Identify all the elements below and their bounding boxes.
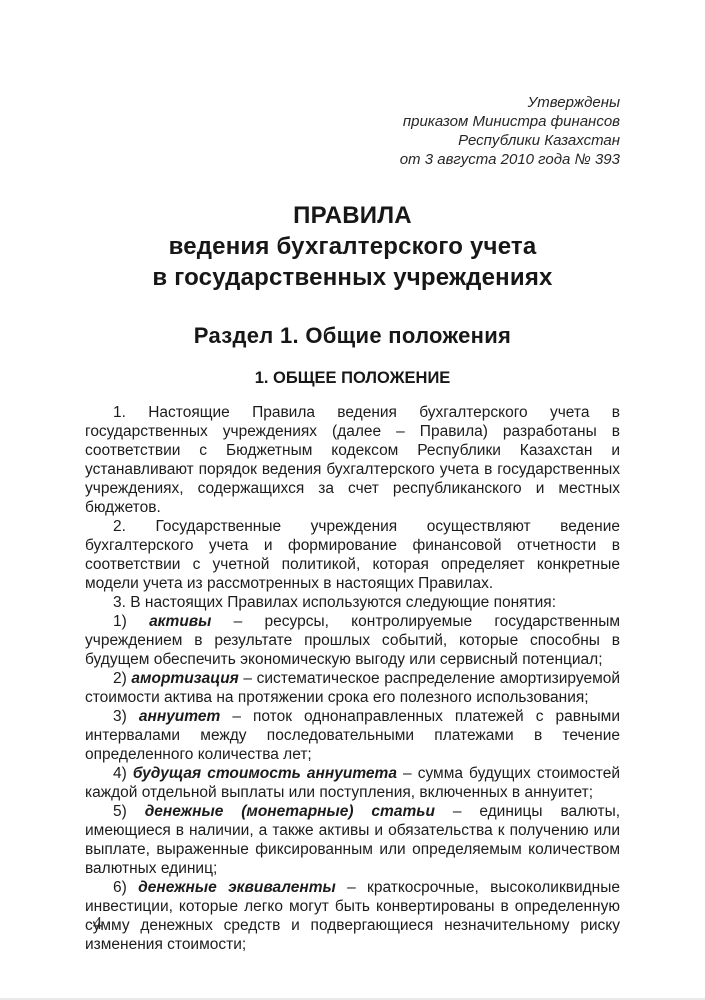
document-title: ПРАВИЛА ведения бухгалтерского учета в г… — [85, 200, 620, 293]
subsection-heading: 1. ОБЩЕЕ ПОЛОЖЕНИЕ — [85, 368, 620, 389]
approval-line: Республики Казахстан — [85, 131, 620, 150]
definition-item: 5) денежные (монетарные) статьи – единиц… — [85, 802, 620, 878]
approval-line: от 3 августа 2010 года № 393 — [85, 150, 620, 169]
definition-term: денежные (монетарные) статьи — [145, 803, 435, 820]
approval-line: Утверждены — [85, 93, 620, 112]
paragraph: 2. Государственные учреждения осуществля… — [85, 517, 620, 593]
definition-number: 2) — [113, 670, 127, 687]
section-heading: Раздел 1. Общие положения — [85, 322, 620, 350]
body-text: 1. Настоящие Правила ведения бухгалтерск… — [85, 403, 620, 954]
document-title-line: ведения бухгалтерского учета — [85, 231, 620, 262]
definition-term: амортизация — [131, 670, 238, 687]
definition-term: будущая стоимость аннуитета — [133, 765, 397, 782]
definition-term: аннуитет — [139, 708, 220, 725]
definition-number: 6) — [113, 879, 127, 896]
definition-item: 1) активы – ресурсы, контролируемые госу… — [85, 612, 620, 669]
page-number: 4 — [93, 913, 102, 934]
definition-number: 1) — [113, 613, 127, 630]
document-title-line: ПРАВИЛА — [85, 200, 620, 231]
approval-block: Утверждены приказом Министра финансов Ре… — [85, 93, 620, 169]
definition-number: 4) — [113, 765, 127, 782]
paragraph: 1. Настоящие Правила ведения бухгалтерск… — [85, 403, 620, 517]
document-title-line: в государственных учреждениях — [85, 262, 620, 293]
definition-term: денежные эквиваленты — [138, 879, 336, 896]
definition-term: активы — [149, 613, 211, 630]
definition-number: 3) — [113, 708, 127, 725]
definition-item: 4) будущая стоимость аннуитета – сумма б… — [85, 764, 620, 802]
definition-item: 2) амортизация – систематическое распред… — [85, 669, 620, 707]
definition-number: 5) — [113, 803, 127, 820]
paragraph: 3. В настоящих Правилах используются сле… — [85, 593, 620, 612]
definition-item: 3) аннуитет – поток однонаправленных пла… — [85, 707, 620, 764]
document-page: Утверждены приказом Министра финансов Ре… — [0, 0, 705, 1000]
approval-line: приказом Министра финансов — [85, 112, 620, 131]
definition-item: 6) денежные эквиваленты – краткосрочные,… — [85, 878, 620, 954]
